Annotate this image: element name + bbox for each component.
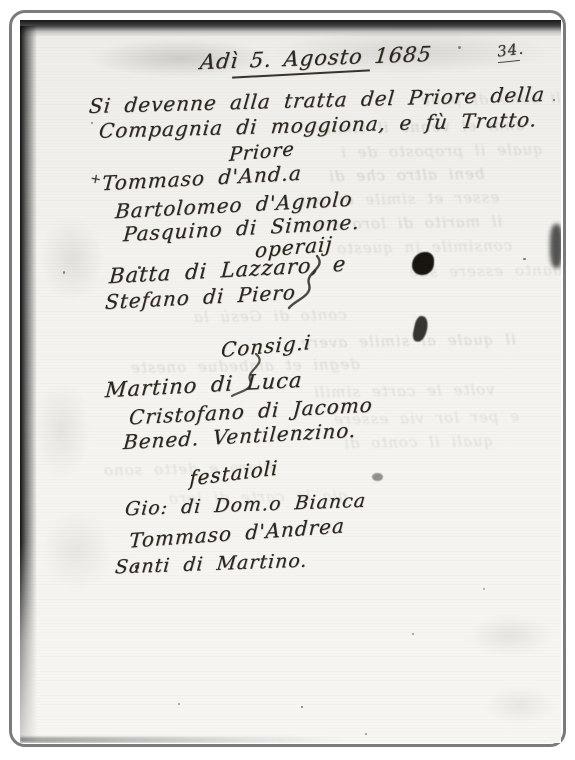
scanned-manuscript-view: quali sono di pane anni el venne il simi… — [0, 0, 575, 760]
scanline-texture — [20, 20, 561, 743]
scan-bottom-shadow — [20, 737, 345, 743]
image-frame: quali sono di pane anni el venne il simi… — [9, 10, 566, 747]
scan-top-shadow — [20, 20, 561, 37]
binding-edge-shadow — [20, 26, 37, 741]
manuscript-page: quali sono di pane anni el venne il simi… — [20, 20, 561, 743]
